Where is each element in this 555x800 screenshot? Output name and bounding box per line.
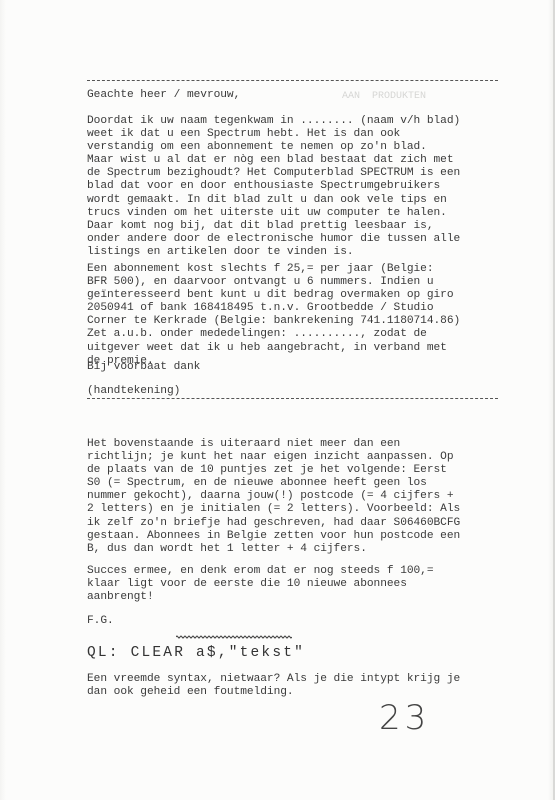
letter-paragraph-1: Doordat ik uw naam tegenkwam in ........… <box>87 115 507 259</box>
ql-body: Een vreemde syntax, nietwaar? Als je die… <box>87 673 507 699</box>
salutation: Geachte heer / mevrouw, <box>87 89 507 102</box>
show-through-text <box>430 645 484 658</box>
signature-placeholder: (handtekening) <box>87 385 507 398</box>
ql-heading: QL: CLEAR a$,"tekst" <box>87 645 305 661</box>
closing: Bij voorbaat dank <box>87 361 507 374</box>
wavy-divider <box>176 634 292 640</box>
dashed-rule-top <box>87 80 498 81</box>
author-initials: F.G. <box>87 615 507 628</box>
document-page: AAN PRODUKTEN Geachte heer / mevrouw, Do… <box>0 0 555 800</box>
notes-paragraph-2: Succes ermee, en denk erom dat er nog st… <box>87 565 507 604</box>
letter-paragraph-2: Een abonnement kost slechts f 25,= per j… <box>87 263 507 368</box>
notes-paragraph-1: Het bovenstaande is uiteraard niet meer … <box>87 438 507 556</box>
dashed-rule-bottom <box>87 398 498 399</box>
page-number: 23 <box>379 698 430 738</box>
